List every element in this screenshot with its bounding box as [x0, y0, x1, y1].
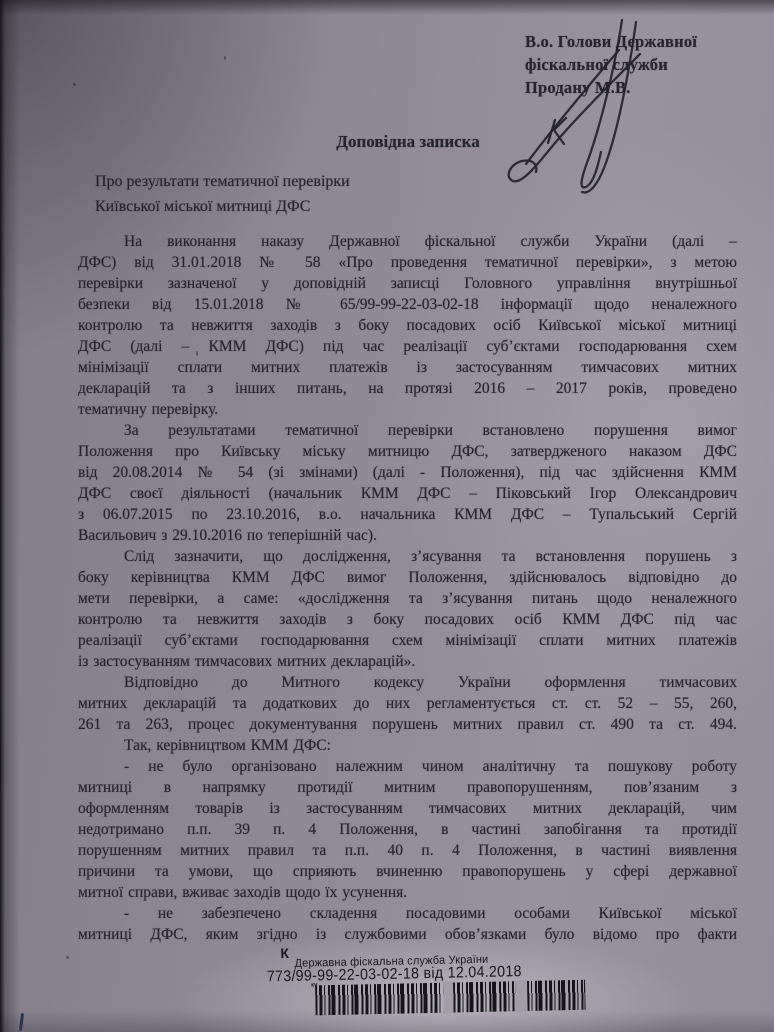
body-line: боку керівництва КММ ДФС вимог Положення…: [78, 567, 737, 588]
body-line: оформленням товарів із застосуванням тим…: [78, 798, 737, 819]
body-line: ДФС своєї діяльності (начальник КММ ДФС …: [78, 483, 737, 504]
body-line: перевірки зазначеної у доповідній записц…: [78, 273, 737, 294]
body-line: мінімізації сплати митних платежів із за…: [78, 357, 737, 378]
barcode: [315, 980, 586, 1016]
body-line: митниці ДФС, яким згідно із службовими о…: [78, 924, 737, 945]
body-line: реалізації суб’єктами господарювання схе…: [78, 630, 737, 651]
dust-speck: [196, 351, 198, 356]
body-line: - не забезпечено складення посадовими ос…: [78, 903, 737, 924]
signature: [470, 12, 710, 212]
body-line: безпеки від 15.01.2018 № 65/99-99-22-03-…: [78, 294, 737, 315]
dust-speck: [66, 956, 69, 959]
body-line: Положення про Київську міську митницю ДФ…: [78, 441, 737, 462]
pen-mark: [19, 1013, 24, 1031]
body-line: Відповідно до Митного кодексу України оф…: [78, 672, 737, 693]
document-body: На виконання наказу Державної фіскальної…: [78, 231, 737, 945]
body-line: ДФС) від 31.01.2018 № 58 «Про проведення…: [78, 252, 737, 273]
body-line: з 06.07.2015 по 23.10.2016, в.о. начальн…: [78, 504, 737, 525]
body-line: мети перевірки, а саме: «дослідження та …: [78, 588, 737, 609]
body-line: 261 та 263, процес документування поруше…: [78, 714, 737, 735]
body-line: тематичну перевірку.: [78, 399, 737, 420]
stamp-letter: К: [280, 945, 289, 961]
body-line: митної справи, вживає заходів щодо їх ус…: [78, 882, 737, 903]
body-line: Васильович з 29.10.2016 по теперішній ча…: [78, 525, 737, 546]
barcode-gap: [515, 980, 528, 1012]
dust-speck: [73, 83, 76, 86]
body-line: контролю та невжиття заходів з боку поса…: [78, 315, 737, 336]
dust-speck: [224, 56, 226, 60]
body-line: митниці в напрямку протидії митним право…: [78, 777, 737, 798]
subject-line: Київської міської митниці ДФС: [95, 194, 350, 219]
body-line: За результатами тематичної перевірки вст…: [78, 420, 737, 441]
body-line: На виконання наказу Державної фіскальної…: [78, 231, 737, 252]
subject-line: Про результати тематичної перевірки: [95, 169, 350, 194]
body-line: митних декларацій та додаткових до них р…: [78, 693, 737, 714]
document-title: Доповідна записка: [78, 132, 738, 152]
document-photo: В.о. Голови Державної фіскальної служби …: [0, 0, 774, 1032]
body-line: декларацій та з інших питань, на протязі…: [78, 378, 737, 399]
body-line: - не було організовано належним чином ан…: [78, 756, 737, 777]
body-line: порушенням митних правил та п.п. 40 п. 4…: [78, 840, 737, 861]
body-line: недотримано п.п. 39 п. 4 Положення, в ча…: [78, 819, 737, 840]
body-line: причини та умови, що сприяють вчиненню п…: [78, 861, 737, 882]
body-line: контролю та невжиття заходів з боку поса…: [78, 609, 737, 630]
body-line: Слід зазначити, що дослідження, з’ясуван…: [78, 546, 737, 567]
body-line: ДФС (далі – КММ ДФС) під час реалізації …: [78, 336, 737, 357]
registration-stamp: К Державна фіскальна служба України 773/…: [254, 942, 605, 1021]
body-line: від 20.08.2014 № 54 (зі змінами) (далі -…: [78, 462, 737, 483]
body-line: із застосуванням тимчасових митних декла…: [78, 651, 737, 672]
subject-block: Про результати тематичної перевірки Київ…: [95, 169, 350, 219]
body-line: Так, керівництвом КММ ДФС:: [78, 735, 737, 756]
barcode-gap: [443, 982, 454, 1014]
